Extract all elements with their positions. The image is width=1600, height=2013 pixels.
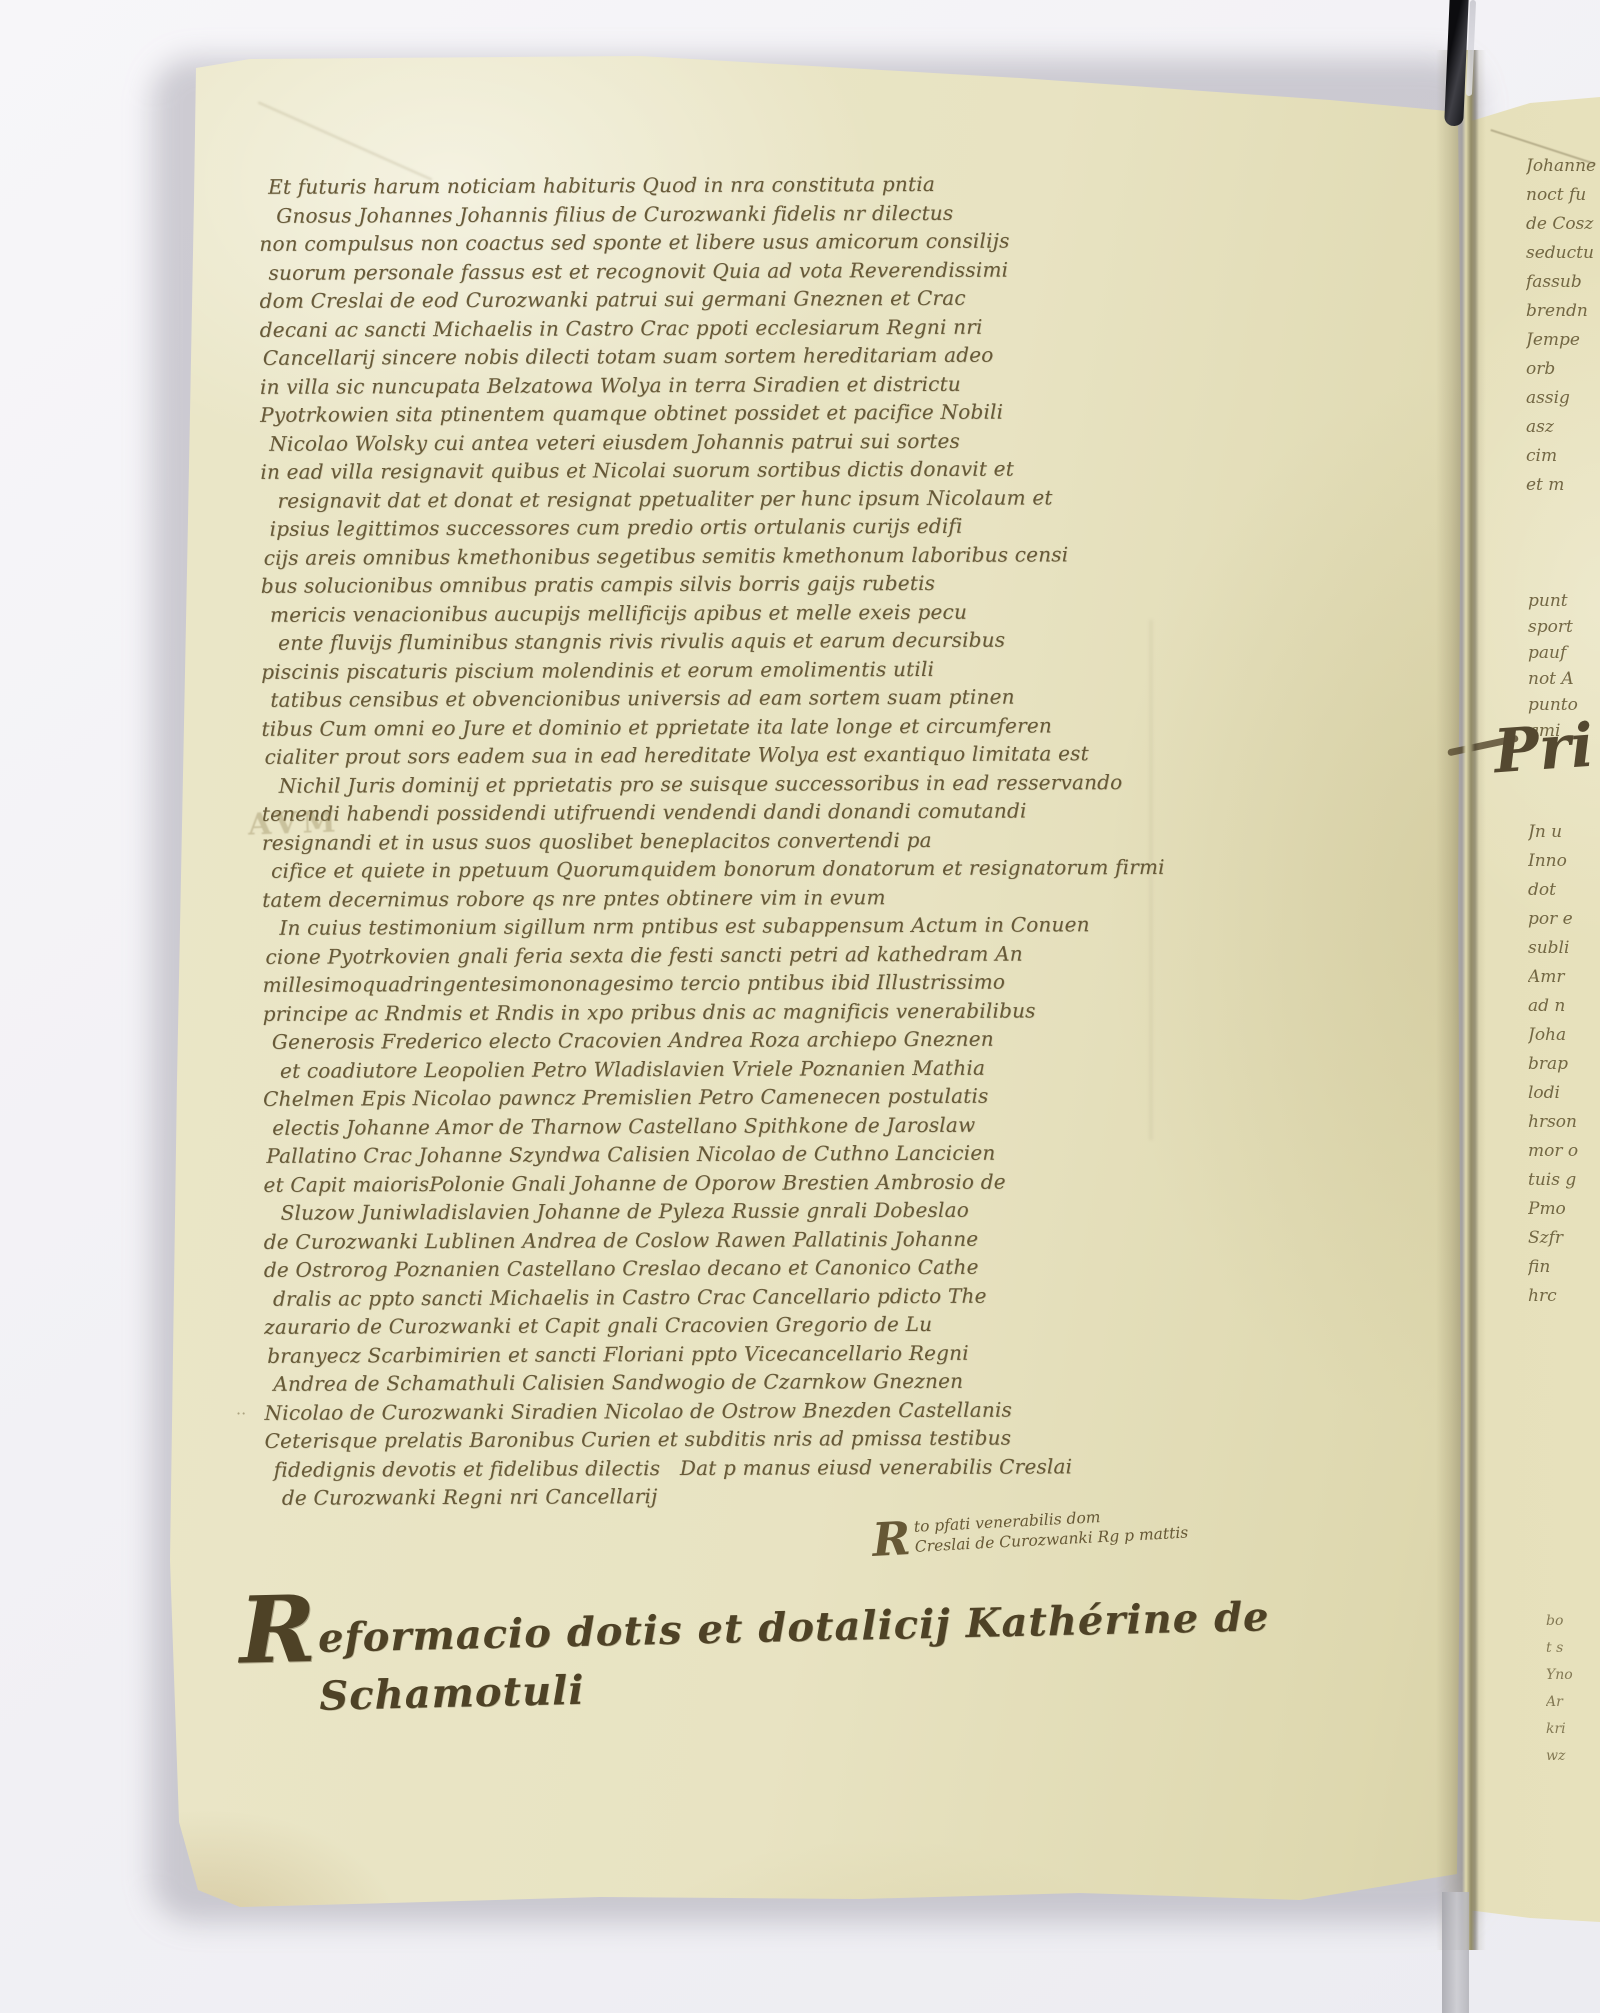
adjacent-text-line: sport [1528, 614, 1600, 640]
adjacent-text-line: hrson [1528, 1108, 1600, 1137]
adjacent-text-line: Ar [1546, 1689, 1600, 1716]
adjacent-text-line: fassub [1526, 268, 1600, 297]
text-line: cialiter prout sors eadem sua in ead her… [262, 739, 1102, 771]
text-line: resignandi et in usus suos quoslibet ben… [262, 825, 1102, 857]
parchment-crease [1150, 620, 1152, 1140]
text-line: Andrea de Schamathuli Calisien Sandwogio… [264, 1366, 1104, 1398]
text-line: Chelmen Epis Nicolao pawncz Premislien P… [263, 1081, 1103, 1113]
adjacent-text-line: kri [1546, 1716, 1600, 1743]
text-line: fidedignis devotis et fidelibus dilectis… [265, 1452, 1105, 1484]
adjacent-text-line: mor o [1528, 1137, 1600, 1166]
text-line: Cancellarij sincere nobis dilecti totam … [260, 340, 1100, 372]
adjacent-text-line: asz [1526, 413, 1600, 442]
text-line: Nichil Juris dominij et pprietatis pro s… [262, 768, 1102, 800]
adjacent-page-upper-lines: Johannenoct fude Coszseductufassubbrendn… [1526, 152, 1600, 500]
adjacent-text-line: pauf [1528, 640, 1600, 666]
adjacent-text-line: Jn u [1528, 818, 1600, 847]
text-line: millesimoquadringentesimononagesimo terc… [263, 967, 1103, 999]
adjacent-text-line: dot [1528, 876, 1600, 905]
adjacent-text-line: assig [1526, 384, 1600, 413]
adjacent-text-line: et m [1526, 471, 1600, 500]
adjacent-text-line: cim [1526, 442, 1600, 471]
text-line: de Ostrorog Poznanien Castellano Creslao… [264, 1252, 1104, 1284]
text-line: dom Creslai de eod Curozwanki patrui sui… [260, 283, 1100, 315]
adjacent-text-line: ad n [1528, 992, 1600, 1021]
text-line: et coadiutore Leopolien Petro Wladislavi… [263, 1053, 1103, 1085]
text-line: non compulsus non coactus sed sponte et … [259, 226, 1099, 258]
gutter-fold [1436, 50, 1486, 1950]
text-line: In cuius testimonium sigillum nrm pntibu… [262, 910, 1102, 942]
adjacent-text-line: fin [1528, 1253, 1600, 1282]
adjacent-text-line: Amr [1528, 963, 1600, 992]
text-line: de Curozwanki Regni nri Cancellarij [265, 1480, 1105, 1512]
text-line: ente fluvijs fluminibus stangnis rivis r… [261, 625, 1101, 657]
text-line: tenendi habendi possidendi utifruendi ve… [262, 796, 1102, 828]
adjacent-text-line: orb [1526, 355, 1600, 384]
text-line: dralis ac ppto sancti Michaelis in Castr… [264, 1281, 1104, 1313]
adjacent-page-bottom-lines: bot sYnoArkriwz [1546, 1608, 1600, 1770]
adjacent-text-line: not A [1528, 666, 1600, 692]
text-line: et Capit maiorisPolonie Gnali Johanne de… [263, 1167, 1103, 1199]
adjacent-text-line: brap [1528, 1050, 1600, 1079]
text-line: in villa sic nuncupata Belzatowa Wolya i… [260, 369, 1100, 401]
text-line: Gnosus Johannes Johannis filius de Curoz… [259, 198, 1099, 230]
text-line: mericis venacionibus aucupijs mellificij… [261, 597, 1101, 629]
margin-stamp: AVM [247, 804, 341, 842]
text-line: decani ac sancti Michaelis in Castro Cra… [260, 312, 1100, 344]
adjacent-page-lower-lines: Jn uInnodotpor esubliAmrad nJohabraplodi… [1528, 818, 1600, 1311]
text-line: Ceterisque prelatis Baronibus Curien et … [265, 1423, 1105, 1455]
adjacent-text-line: de Cosz [1526, 210, 1600, 239]
adjacent-text-line: t s [1546, 1635, 1600, 1662]
adjacent-text-line: Jempe [1526, 326, 1600, 355]
text-line: suorum personale fassus est et recognovi… [259, 255, 1099, 287]
adjacent-text-line: lodi [1528, 1079, 1600, 1108]
text-line: cione Pyotrkovien gnali feria sexta die … [262, 939, 1102, 971]
adjacent-text-line: brendn [1526, 297, 1600, 326]
text-line: Sluzow Juniwladislavien Johanne de Pylez… [264, 1195, 1104, 1227]
text-line: Nicolao Wolsky cui antea veteri eiusdem … [260, 426, 1100, 458]
adjacent-text-line: seductu [1526, 239, 1600, 268]
text-line: tibus Cum omni eo Jure et dominio et ppr… [261, 711, 1101, 743]
text-line: in ead villa resignavit quibus et Nicola… [260, 454, 1100, 486]
text-line: de Curozwanki Lublinen Andrea de Coslow … [264, 1224, 1104, 1256]
text-line: Et futuris harum noticiam habituris Quod… [259, 169, 1099, 201]
margin-mark: ·· [236, 1404, 246, 1423]
holder-strip [1442, 1892, 1469, 2013]
adjacent-text-line: punt [1528, 588, 1600, 614]
text-line: tatibus censibus et obvencionibus univer… [261, 682, 1101, 714]
text-line: Generosis Frederico electo Cracovien And… [263, 1024, 1103, 1056]
adjacent-text-line: hrc [1528, 1282, 1600, 1311]
text-line: ipsius legittimos successores cum predio… [261, 511, 1101, 543]
text-line: cifice et quiete in ppetuum Quorumquidem… [262, 853, 1102, 885]
main-text-block: Et futuris harum noticiam habituris Quod… [259, 169, 1105, 1512]
text-line: Nicolao de Curozwanki Siradien Nicolao d… [264, 1395, 1104, 1427]
adjacent-text-line: noct fu [1526, 181, 1600, 210]
text-line: bus solucionibus omnibus pratis campis s… [261, 568, 1101, 600]
relation-note-initial: R [871, 1519, 911, 1559]
heading-text: eformacio dotis et dotalicij Kathérine d… [317, 1576, 1441, 1725]
adjacent-text-line: wz [1546, 1743, 1600, 1770]
adjacent-initial: Pri [1492, 711, 1596, 788]
adjacent-text-line: tuis g [1528, 1166, 1600, 1195]
adjacent-text-line: por e [1528, 905, 1600, 934]
text-line: tatem decernimus robore qs nre pntes obt… [262, 882, 1102, 914]
adjacent-text-line: bo [1546, 1608, 1600, 1635]
adjacent-text-line: subli [1528, 934, 1600, 963]
text-line: Pyotrkowien sita ptinentem quamque obtin… [260, 397, 1100, 429]
text-line: Pallatino Crac Johanne Szyndwa Calisien … [263, 1138, 1103, 1170]
heading-initial: R [239, 1594, 317, 1666]
adjacent-text-line: Johanne [1526, 152, 1600, 181]
adjacent-text-line: Pmo [1528, 1195, 1600, 1224]
adjacent-text-line: Szfr [1528, 1224, 1600, 1253]
text-line: resignavit dat et donat et resignat ppet… [260, 483, 1100, 515]
photo-backdrop: Et futuris harum noticiam habituris Quod… [0, 0, 1600, 2013]
text-line: principe ac Rndmis et Rndis in xpo pribu… [263, 996, 1103, 1028]
text-line: zaurario de Curozwanki et Capit gnali Cr… [264, 1309, 1104, 1341]
adjacent-text-line: Inno [1528, 847, 1600, 876]
adjacent-text-line: Yno [1546, 1662, 1600, 1689]
text-line: cijs areis omnibus kmethonibus segetibus… [261, 540, 1101, 572]
text-line: electis Johanne Amor de Tharnow Castella… [263, 1110, 1103, 1142]
adjacent-text-line: Joha [1528, 1021, 1600, 1050]
text-line: branyecz Scarbimirien et sancti Floriani… [264, 1338, 1104, 1370]
text-line: piscinis piscaturis piscium molendinis e… [261, 654, 1101, 686]
